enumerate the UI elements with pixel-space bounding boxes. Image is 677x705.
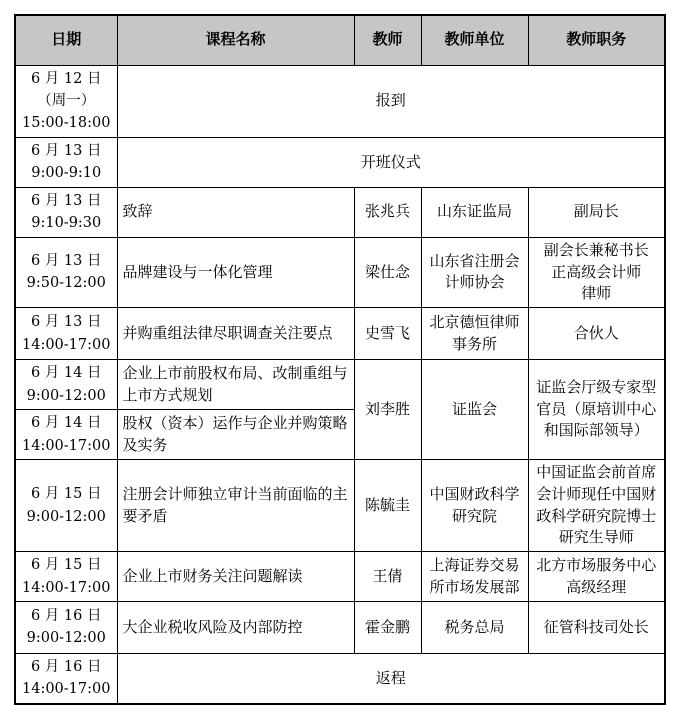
date-cell: 6 月 13 日 9:10-9:30 [15,187,117,237]
schedule-table-container: 日期课程名称教师教师单位教师职务 6 月 12 日 （周一） 15:00-18:… [14,14,666,705]
table-row: 6 月 16 日 9:00-12:00大企业税收风险及内部防控霍金鹏税务总局征管… [15,601,665,653]
column-header-1: 课程名称 [117,15,354,65]
unit-cell: 山东证监局 [421,187,528,237]
table-row: 6 月 12 日 （周一） 15:00-18:00报到 [15,65,665,137]
table-row: 6 月 15 日 9:00-12:00注册会计师独立审计当前面临的主要矛盾陈毓圭… [15,460,665,552]
table-body: 6 月 12 日 （周一） 15:00-18:00报到6 月 13 日 9:00… [15,65,665,704]
date-cell: 6 月 15 日 9:00-12:00 [15,460,117,552]
position-cell: 合伙人 [528,308,665,360]
merged-activity-cell: 开班仪式 [117,137,665,187]
date-cell: 6 月 14 日 9:00-12:00 [15,360,117,410]
schedule-table: 日期课程名称教师教师单位教师职务 6 月 12 日 （周一） 15:00-18:… [14,14,666,705]
course-cell: 大企业税收风险及内部防控 [117,601,354,653]
date-cell: 6 月 12 日 （周一） 15:00-18:00 [15,65,117,137]
course-cell: 股权（资本）运作与企业并购策略及实务 [117,410,354,460]
unit-cell: 中国财政科学研究院 [421,460,528,552]
date-cell: 6 月 16 日 14:00-17:00 [15,653,117,703]
date-cell: 6 月 16 日 9:00-12:00 [15,601,117,653]
teacher-cell: 陈毓圭 [354,460,421,552]
column-header-2: 教师 [354,15,421,65]
table-row: 6 月 16 日 14:00-17:00返程 [15,653,665,703]
teacher-cell: 史雪飞 [354,308,421,360]
teacher-cell: 梁仕念 [354,237,421,307]
date-cell: 6 月 13 日 14:00-17:00 [15,308,117,360]
table-row: 6 月 15 日 14:00-17:00企业上市财务关注问题解读王倩上海证券交易… [15,552,665,602]
course-cell: 企业上市前股权布局、改制重组与上市方式规划 [117,360,354,410]
course-cell: 并购重组法律尽职调查关注要点 [117,308,354,360]
position-cell: 证监会厅级专家型官员（原培训中心和国际部领导） [528,360,665,460]
unit-cell: 上海证券交易所市场发展部 [421,552,528,602]
date-cell: 6 月 13 日 9:00-9:10 [15,137,117,187]
course-cell: 企业上市财务关注问题解读 [117,552,354,602]
teacher-cell: 张兆兵 [354,187,421,237]
teacher-cell: 王倩 [354,552,421,602]
column-header-0: 日期 [15,15,117,65]
course-cell: 注册会计师独立审计当前面临的主要矛盾 [117,460,354,552]
date-cell: 6 月 15 日 14:00-17:00 [15,552,117,602]
table-row: 6 月 14 日 9:00-12:00企业上市前股权布局、改制重组与上市方式规划… [15,360,665,410]
merged-activity-cell: 返程 [117,653,665,703]
column-header-3: 教师单位 [421,15,528,65]
position-cell: 征管科技司处长 [528,601,665,653]
table-header: 日期课程名称教师教师单位教师职务 [15,15,665,65]
table-row: 6 月 13 日 9:10-9:30致辞张兆兵山东证监局副局长 [15,187,665,237]
table-row: 6 月 13 日 9:00-9:10开班仪式 [15,137,665,187]
unit-cell: 山东省注册会计师协会 [421,237,528,307]
course-cell: 致辞 [117,187,354,237]
position-cell: 副会长兼秘书长 正高级会计师 律师 [528,237,665,307]
table-row: 6 月 13 日 14:00-17:00并购重组法律尽职调查关注要点史雪飞北京德… [15,308,665,360]
column-header-4: 教师职务 [528,15,665,65]
position-cell: 中国证监会前首席会计师现任中国财政科学研究院博士研究生导师 [528,460,665,552]
unit-cell: 证监会 [421,360,528,460]
merged-activity-cell: 报到 [117,65,665,137]
teacher-cell: 霍金鹏 [354,601,421,653]
teacher-cell: 刘李胜 [354,360,421,460]
header-row: 日期课程名称教师教师单位教师职务 [15,15,665,65]
position-cell: 副局长 [528,187,665,237]
unit-cell: 税务总局 [421,601,528,653]
date-cell: 6 月 13 日 9:50-12:00 [15,237,117,307]
position-cell: 北方市场服务中心高级经理 [528,552,665,602]
date-cell: 6 月 14 日 14:00-17:00 [15,410,117,460]
course-cell: 品牌建设与一体化管理 [117,237,354,307]
table-row: 6 月 13 日 9:50-12:00品牌建设与一体化管理梁仕念山东省注册会计师… [15,237,665,307]
unit-cell: 北京德恒律师事务所 [421,308,528,360]
